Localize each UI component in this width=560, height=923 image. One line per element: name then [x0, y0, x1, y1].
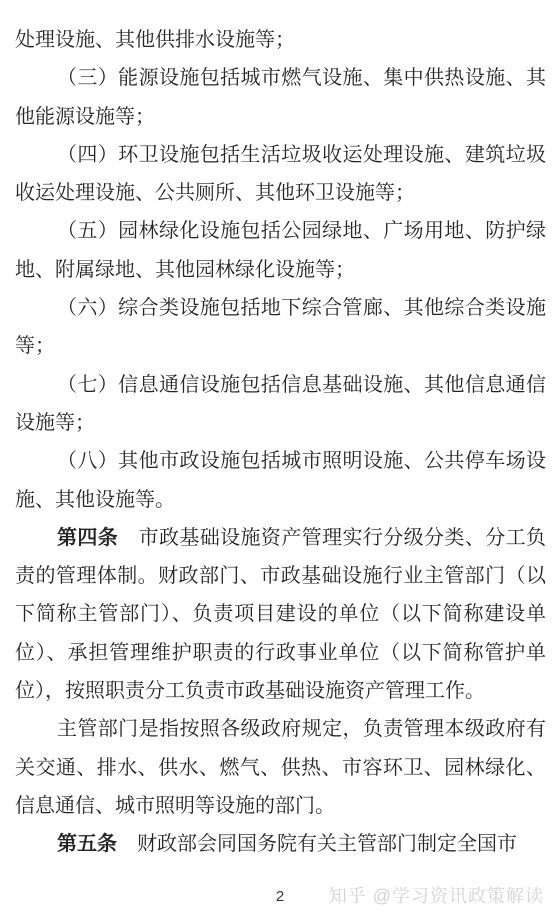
text-run: 地、附属绿地、其他园林绿化设施等； — [15, 259, 355, 281]
text-run: （八）其他市政设施包括城市照明设施、公共停车场设 — [57, 450, 546, 472]
text-run: （四）环卫设施包括生活垃圾收运处理设施、建筑垃圾 — [57, 144, 546, 166]
text-line: 设施等； — [15, 404, 546, 442]
text-line: 地、附属绿地、其他园林绿化设施等； — [15, 251, 546, 289]
text-line: 责的管理体制。财政部门、市政基础设施行业主管部门（以 — [15, 557, 546, 595]
text-run: 他能源设施等； — [15, 106, 155, 128]
document-body: 处理设施、其他供排水设施等；（三）能源设施包括城市燃气设施、集中供热设施、其他能… — [15, 21, 546, 864]
text-run: 市政基础设施资产管理实行分级分类、分工负 — [118, 527, 546, 549]
text-line: （五）园林绿化设施包括公园绿地、广场用地、防护绿 — [15, 212, 546, 250]
text-line: 处理设施、其他供排水设施等； — [15, 21, 546, 59]
text-line: 第四条 市政基础设施资产管理实行分级分类、分工负 — [15, 519, 546, 557]
text-line: （七）信息通信设施包括信息基础设施、其他信息通信 — [15, 366, 546, 404]
text-run: （七）信息通信设施包括信息基础设施、其他信息通信 — [57, 374, 546, 396]
text-line: 他能源设施等； — [15, 98, 546, 136]
text-run: 设施等； — [15, 412, 95, 434]
text-line: 关交通、排水、供水、燃气、供热、市容环卫、园林绿化、 — [15, 749, 546, 787]
article-number: 第五条 — [57, 833, 117, 855]
text-run: 位），按照职责分工负责市政基础设施资产管理工作。 — [15, 680, 485, 702]
text-run: （六）综合类设施包括地下综合管廊、其他综合类设施 — [57, 297, 546, 319]
article-number: 第四条 — [57, 527, 118, 549]
text-line: （三）能源设施包括城市燃气设施、集中供热设施、其 — [15, 59, 546, 97]
text-line: （八）其他市政设施包括城市照明设施、公共停车场设 — [15, 442, 546, 480]
text-line: 位）、承担管理维护职责的行政事业单位（以下简称管护单 — [15, 634, 546, 672]
text-run: 下简称主管部门）、负责项目建设的单位（以下简称建设单 — [15, 603, 546, 625]
text-run: 等； — [15, 335, 55, 357]
text-line: 主管部门是指按照各级政府规定，负责管理本级政府有 — [15, 710, 546, 748]
text-run: 处理设施、其他供排水设施等； — [15, 29, 295, 51]
text-run: 收运处理设施、公共厕所、其他环卫设施等； — [15, 182, 415, 204]
text-run: 财政部会同国务院有关主管部门制定全国市 — [117, 833, 517, 855]
text-run: 信息通信、城市照明等设施的部门。 — [15, 795, 335, 817]
text-run: 位）、承担管理维护职责的行政事业单位（以下简称管护单 — [15, 642, 546, 664]
text-line: （四）环卫设施包括生活垃圾收运处理设施、建筑垃圾 — [15, 136, 546, 174]
text-run: 关交通、排水、供水、燃气、供热、市容环卫、园林绿化、 — [15, 757, 546, 779]
text-run: 主管部门是指按照各级政府规定，负责管理本级政府有 — [57, 718, 546, 740]
text-line: 下简称主管部门）、负责项目建设的单位（以下简称建设单 — [15, 595, 546, 633]
text-line: 第五条 财政部会同国务院有关主管部门制定全国市 — [15, 825, 546, 863]
text-line: 信息通信、城市照明等设施的部门。 — [15, 787, 546, 825]
text-run: 施、其他设施等。 — [15, 489, 175, 511]
text-run: （五）园林绿化设施包括公园绿地、广场用地、防护绿 — [57, 220, 546, 242]
text-line: 施、其他设施等。 — [15, 481, 546, 519]
text-line: 位），按照职责分工负责市政基础设施资产管理工作。 — [15, 672, 546, 710]
text-line: 收运处理设施、公共厕所、其他环卫设施等； — [15, 174, 546, 212]
text-run: 责的管理体制。财政部门、市政基础设施行业主管部门（以 — [15, 565, 546, 587]
watermark: 知乎 @学习资讯政策解读 — [329, 882, 544, 908]
text-run: （三）能源设施包括城市燃气设施、集中供热设施、其 — [57, 67, 546, 89]
text-line: （六）综合类设施包括地下综合管廊、其他综合类设施 — [15, 289, 546, 327]
text-line: 等； — [15, 327, 546, 365]
